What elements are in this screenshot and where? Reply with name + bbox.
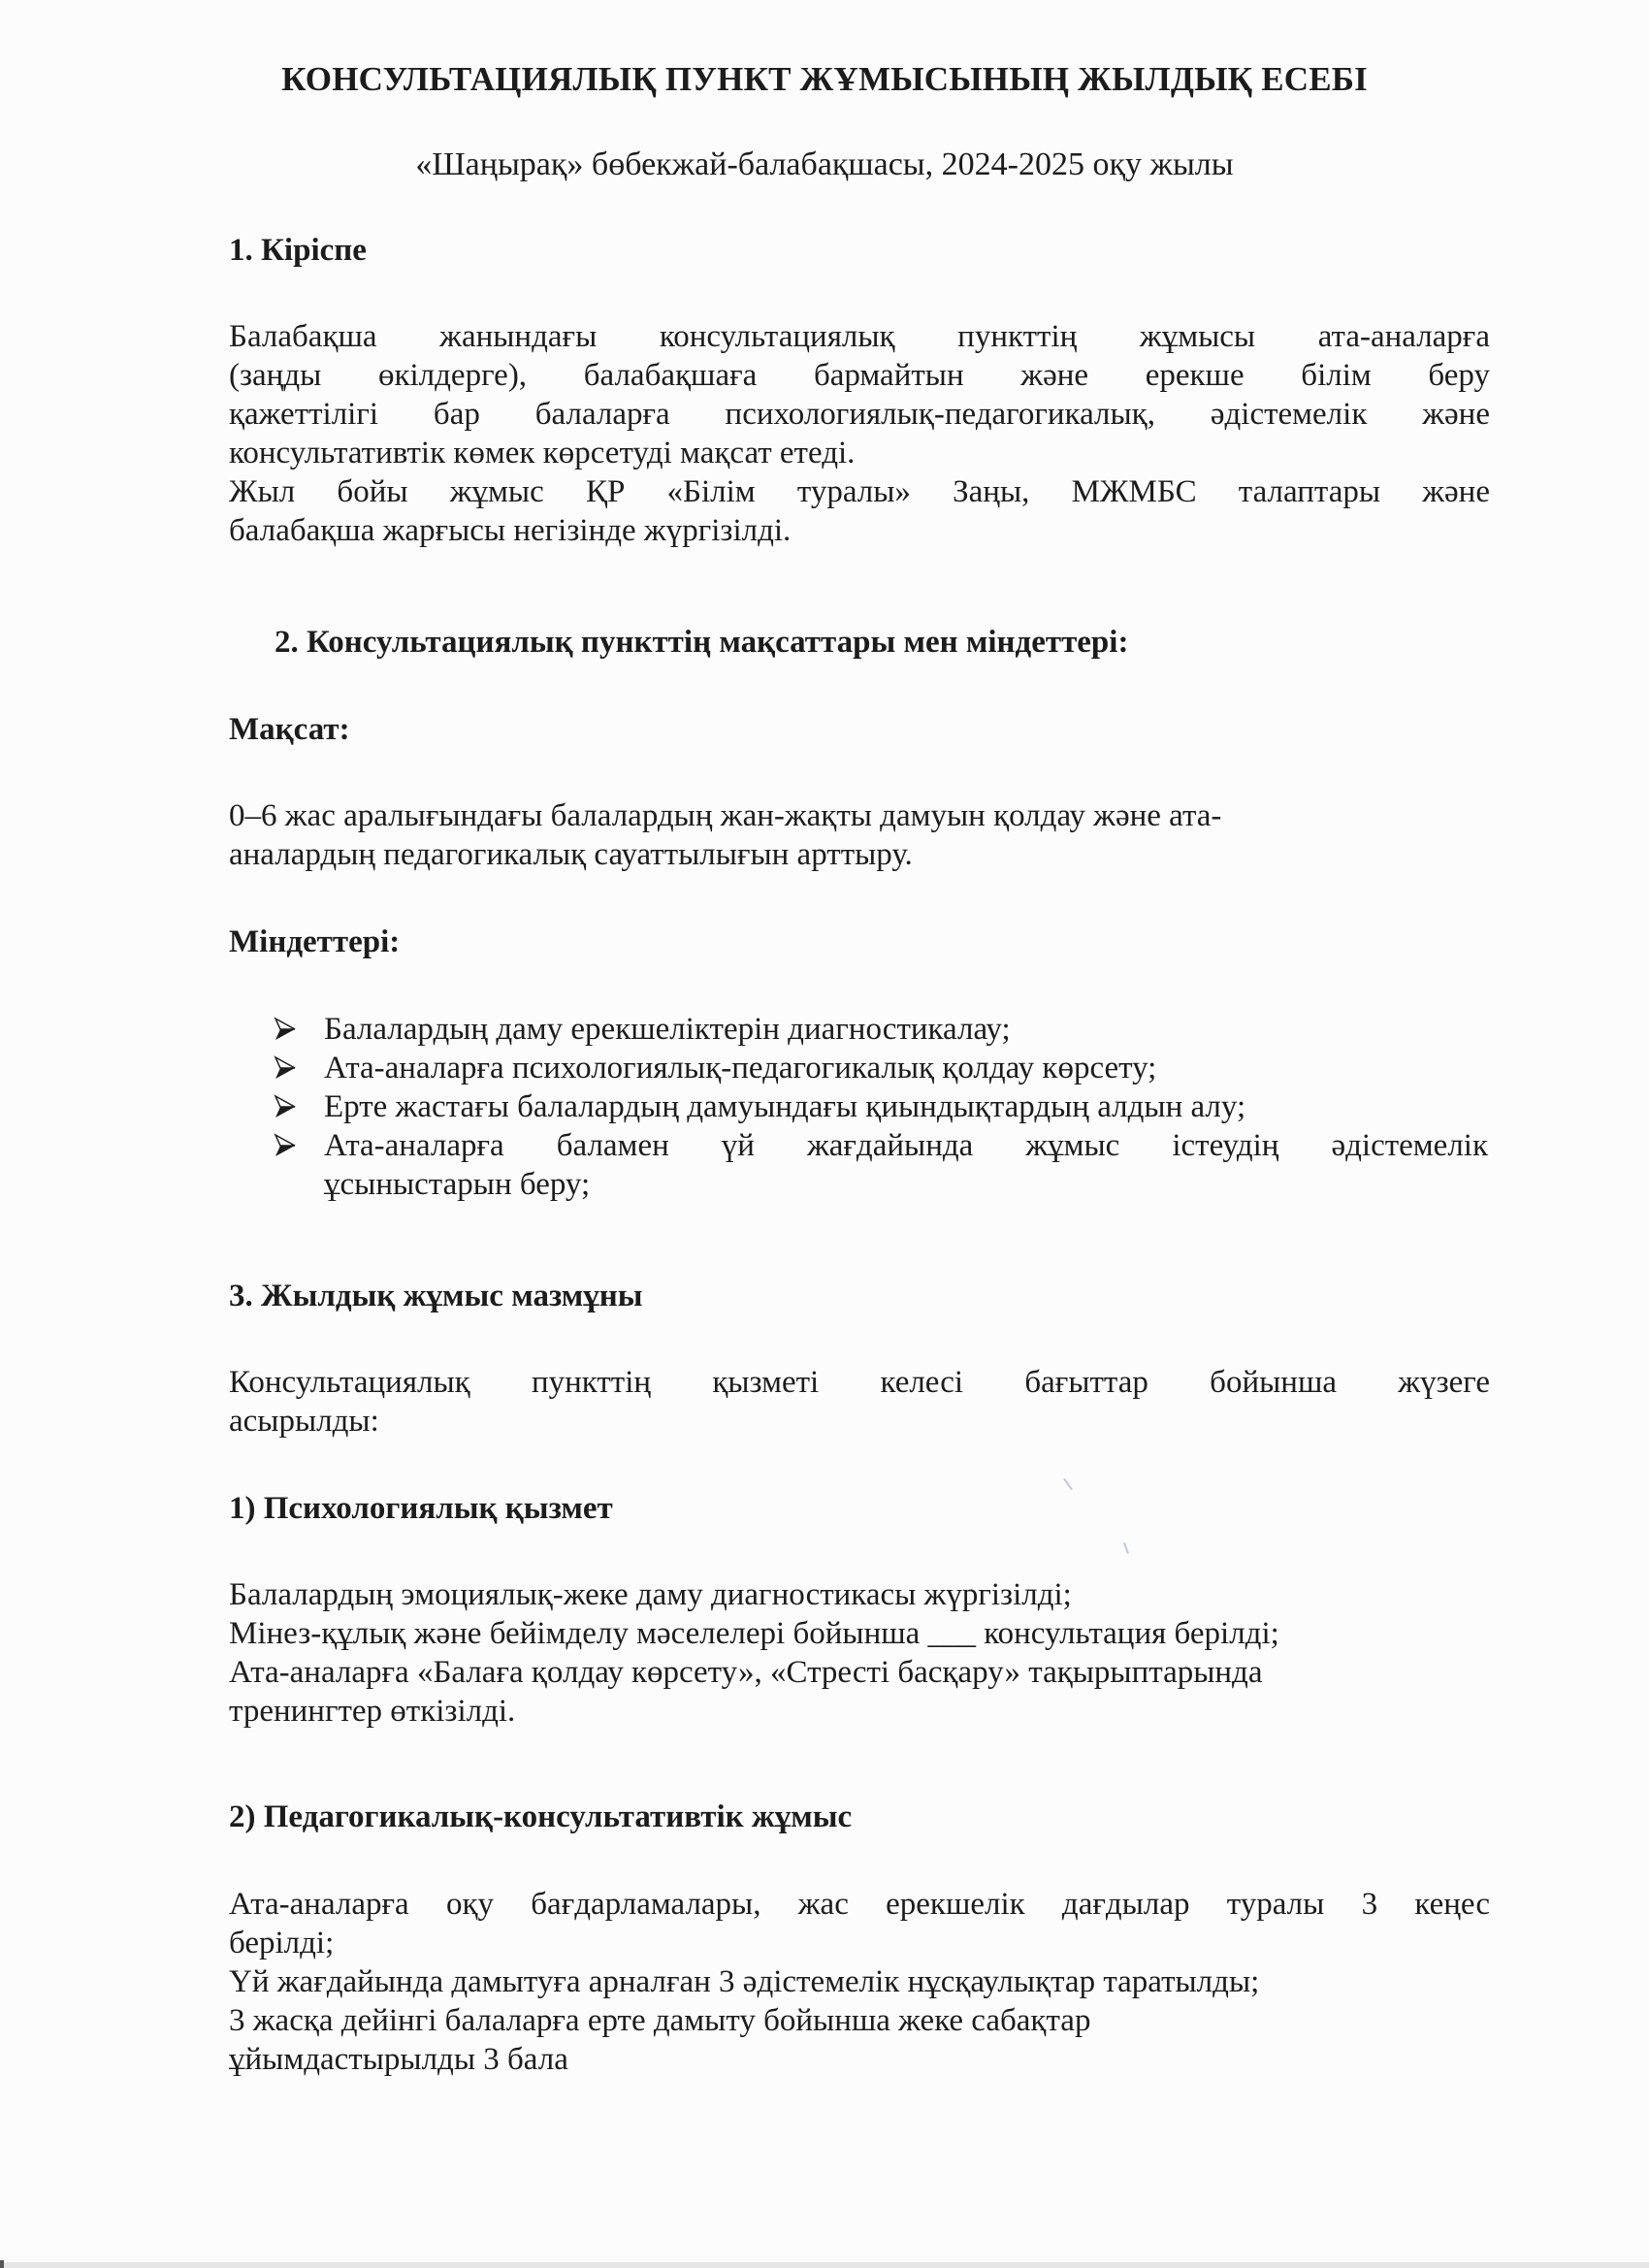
paragraph-line: аналардың педагогикалық сауаттылығын арт… xyxy=(229,835,913,874)
list-item-text: Балалардың даму ерекшеліктерін диагности… xyxy=(324,1010,1011,1049)
scan-edge xyxy=(0,2262,1649,2268)
list-item-text: ұсыныстарын беру; xyxy=(324,1165,590,1204)
scan-artifact xyxy=(1063,1478,1073,1491)
document-subtitle: «Шаңырақ» бөбекжай-балабақшасы, 2024-202… xyxy=(0,146,1649,184)
paragraph-line: қажеттілігі бар балаларға психологиялық-… xyxy=(229,395,1490,434)
paragraph-line: Жыл бойы жұмыс ҚР «Білім туралы» Заңы, М… xyxy=(229,472,1490,511)
paragraph-line: Ата-аналарға «Балаға қолдау көрсету», «С… xyxy=(229,1653,1263,1692)
section-heading-intro: 1. Кіріспе xyxy=(229,231,367,270)
paragraph-line: Балалардың эмоциялық-жеке даму диагности… xyxy=(229,1575,1072,1614)
paragraph-line: (заңды өкілдерге), балабақшаға бармайтын… xyxy=(229,356,1490,395)
paragraph-line: Ата-аналарға оқу бағдарламалары, жас ере… xyxy=(229,1885,1490,1924)
goal-label: Мақсат: xyxy=(229,710,350,749)
paragraph-line: Мінез-құлық және бейімделу мәселелері бо… xyxy=(229,1614,1279,1653)
arrowhead-bullet-icon xyxy=(274,1126,297,1165)
arrowhead-bullet-icon xyxy=(274,1010,297,1049)
paragraph-line: 0–6 жас аралығындағы балалардың жан-жақт… xyxy=(229,796,1221,835)
paragraph-line: балабақша жарғысы негізінде жүргізілді. xyxy=(229,511,791,550)
paragraph-line: тренингтер өткізілді. xyxy=(229,1692,515,1731)
paragraph-line: Үй жағдайында дамытуға арналған 3 әдісте… xyxy=(229,1962,1259,2001)
paragraph-line: консультативтік көмек көрсетуді мақсат е… xyxy=(229,434,855,472)
paragraph-line: ұйымдастырылды 3 бала xyxy=(229,2040,568,2079)
arrowhead-bullet-icon xyxy=(274,1049,297,1087)
subsection-heading-pedagogical: 2) Педагогикалық-консультативтік жұмыс xyxy=(229,1798,852,1836)
scan-artifact xyxy=(1123,1542,1129,1554)
section-heading-content: 3. Жылдық жұмыс мазмұны xyxy=(229,1277,643,1315)
paragraph-line: берілді; xyxy=(229,1924,334,1962)
paragraph-line: асырылды: xyxy=(229,1402,379,1441)
list-item-text: Ата-аналарға психологиялық-педагогикалық… xyxy=(324,1049,1156,1087)
document-page: КОНСУЛЬТАЦИЯЛЫҚ ПУНКТ ЖҰМЫСЫНЫҢ ЖЫЛДЫҚ Е… xyxy=(0,0,1649,2268)
paragraph-line: Консультациялық пункттің қызметі келесі … xyxy=(229,1363,1490,1402)
section-heading-goals: 2. Консультациялық пункттің мақсаттары м… xyxy=(275,623,1128,662)
scan-edge-mark xyxy=(0,2260,4,2268)
arrowhead-bullet-icon xyxy=(274,1087,297,1126)
paragraph-line: Балабақша жанындағы консультациялық пунк… xyxy=(229,317,1490,356)
subsection-heading-psychological: 1) Психологиялық қызмет xyxy=(229,1489,613,1528)
document-title: КОНСУЛЬТАЦИЯЛЫҚ ПУНКТ ЖҰМЫСЫНЫҢ ЖЫЛДЫҚ Е… xyxy=(0,60,1649,99)
list-item-text: Ата-аналарға баламен үй жағдайында жұмыс… xyxy=(324,1126,1488,1165)
paragraph-line: 3 жасқа дейінгі балаларға ерте дамыту бо… xyxy=(229,2001,1090,2040)
tasks-label: Міндеттері: xyxy=(229,923,400,961)
list-item-text: Ерте жастағы балалардың дамуындағы қиынд… xyxy=(324,1087,1245,1126)
